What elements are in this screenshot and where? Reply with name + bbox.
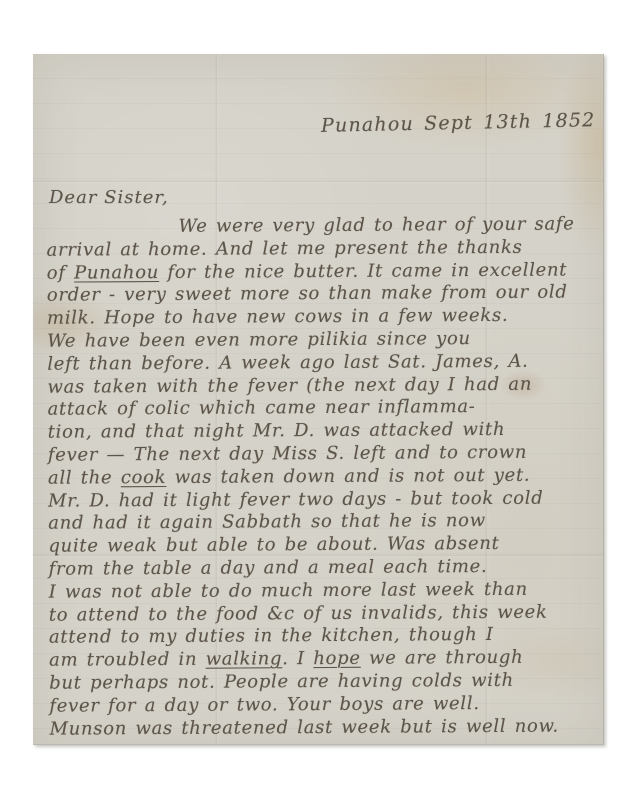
letter-line: am troubled in walking. I hope we are th… (49, 646, 601, 672)
letter-body-text: We were very glad to hear of your safe a… (46, 213, 601, 741)
letter-line: fever — The next day Miss S. left and to… (48, 441, 600, 467)
letter-line: left than before. A week ago last Sat. J… (47, 350, 599, 376)
letter-line: but perhaps not. People are having colds… (49, 669, 601, 695)
scan-background: Punahou Sept 13th 1852 Dear Sister, We w… (0, 0, 634, 800)
letter-line: from the table a day and a meal each tim… (48, 555, 600, 581)
letter-line: all the cook was taken down and is not o… (48, 464, 600, 490)
letter-line: attend to my duties in the kitchen, thou… (49, 624, 601, 650)
letter-line: attack of colic which came near inflamma… (48, 396, 600, 422)
letter-dateline: Punahou Sept 13th 1852 (320, 109, 595, 137)
letter-line: was taken with the fever (the next day I… (47, 373, 599, 399)
letter-line: I was not able to do much more last week… (49, 578, 601, 604)
letter-paper: Punahou Sept 13th 1852 Dear Sister, We w… (33, 54, 604, 745)
fold-crease-horizontal (33, 180, 603, 184)
letter-line: tion, and that night Mr. D. was attacked… (48, 418, 600, 444)
letter-line: order - very sweet more so than make fro… (47, 282, 599, 308)
letter-line: to attend to the food &c of us invalids,… (49, 601, 601, 627)
letter-line: of Punahou for the nice butter. It came … (47, 259, 599, 285)
letter-line: arrival at home. And let me present the … (47, 236, 599, 262)
letter-line: quite weak but able to be about. Was abs… (48, 532, 600, 558)
letter-line: and had it again Sabbath so that he is n… (48, 510, 600, 536)
letter-line: fever for a day or two. Your boys are we… (49, 692, 601, 718)
letter-line: We have been even more pilikia since you (47, 327, 599, 353)
letter-salutation: Dear Sister, (49, 187, 169, 208)
letter-line: milk. Hope to have new cows in a few wee… (47, 305, 599, 331)
letter-line: We were very glad to hear of your safe (46, 213, 598, 239)
letter-line: Mr. D. had it light fever two days - but… (48, 487, 600, 513)
letter-line: Munson was threatened last week but is w… (49, 715, 601, 741)
